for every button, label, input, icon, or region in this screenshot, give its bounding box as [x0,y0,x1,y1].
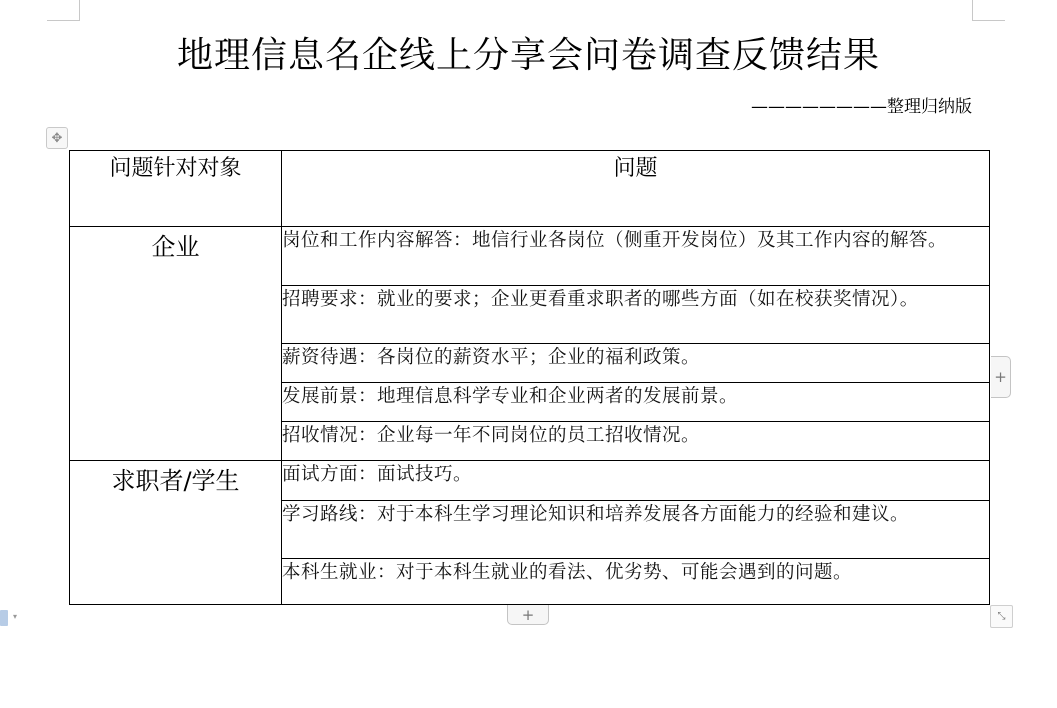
table-row: 企业 岗位和工作内容解答：地信行业各岗位（侧重开发岗位）及其工作内容的解答。 [70,227,990,286]
question-cell[interactable]: 招收情况：企业每一年不同岗位的员工招收情况。 [282,422,990,461]
table-row: 求职者/学生 面试方面：面试技巧。 [70,461,990,501]
question-cell[interactable]: 招聘要求：就业的要求；企业更看重求职者的哪些方面（如在校获奖情况）。 [282,286,990,344]
question-cell[interactable]: 本科生就业：对于本科生就业的看法、优劣势、可能会遇到的问题。 [282,559,990,605]
target-cell-enterprise[interactable]: 企业 [70,227,282,461]
resize-arrows-icon: ⤡ [998,611,1006,622]
question-cell[interactable]: 学习路线：对于本科生学习理论知识和培养发展各方面能力的经验和建议。 [282,501,990,559]
question-cell[interactable]: 面试方面：面试技巧。 [282,461,990,501]
table-resize-handle[interactable]: ⤡ [990,605,1013,628]
target-cell-student[interactable]: 求职者/学生 [70,461,282,605]
move-arrows-icon: ✥ [52,131,63,146]
table-header-row: 问题针对对象 问题 [70,151,990,227]
page-corner-top-right [972,0,1005,21]
plus-icon: + [994,368,1007,386]
table-move-handle[interactable]: ✥ [46,127,68,149]
question-cell[interactable]: 薪资待遇：各岗位的薪资水平；企业的福利政策。 [282,344,990,383]
document-title: 地理信息名企线上分享会问卷调查反馈结果 [0,32,1057,80]
add-column-button[interactable]: + [991,356,1011,398]
add-row-button[interactable]: + [507,605,549,625]
plus-icon: + [522,606,535,624]
document-subtitle: ————————整理归纳版 [751,96,972,118]
question-cell[interactable]: 岗位和工作内容解答：地信行业各岗位（侧重开发岗位）及其工作内容的解答。 [282,227,990,286]
question-cell[interactable]: 发展前景：地理信息科学专业和企业两者的发展前景。 [282,383,990,422]
header-question[interactable]: 问题 [282,151,990,227]
paste-options-caret-icon[interactable]: ▾ [13,612,17,621]
page-corner-top-left [47,0,80,21]
feedback-table: 问题针对对象 问题 企业 岗位和工作内容解答：地信行业各岗位（侧重开发岗位）及其… [69,150,990,605]
paste-options-icon[interactable] [0,610,8,626]
header-target[interactable]: 问题针对对象 [70,151,282,227]
